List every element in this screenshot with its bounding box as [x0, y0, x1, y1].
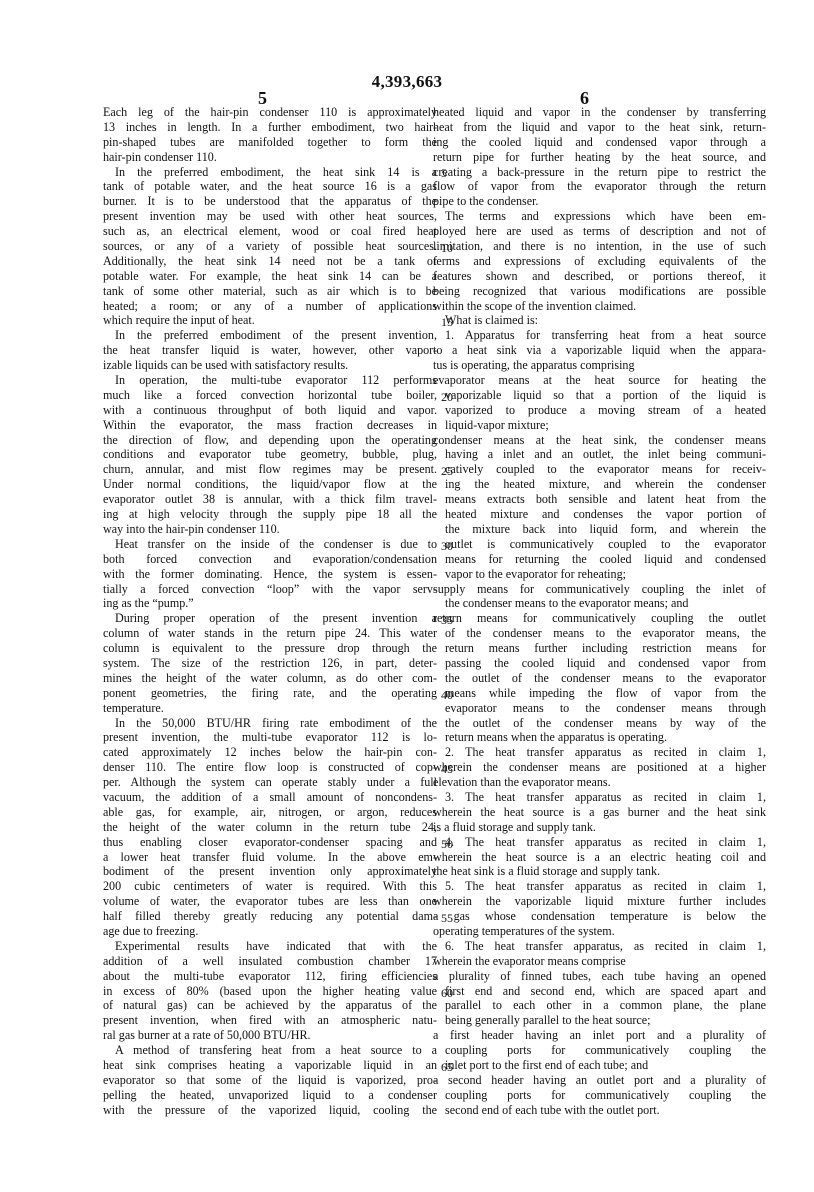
text-line: terms and expressions of excluding equiv…: [433, 254, 766, 269]
text-line: condenser means at the heat sink, the co…: [433, 433, 766, 448]
text-line: ponent geometries, the firing rate, and …: [103, 686, 437, 701]
text-line: ing the cooled liquid and condensed vapo…: [433, 135, 766, 150]
text-line: a lower heat transfer fluid volume. In t…: [103, 850, 437, 865]
right-text-column: heated liquid and vapor in the condenser…: [433, 105, 766, 1118]
text-line: 1. Apparatus for transferring heat from …: [433, 328, 766, 343]
text-line: inlet port to the first end of each tube…: [433, 1058, 766, 1073]
text-line: with the pressure of the vaporized liqui…: [103, 1103, 437, 1118]
text-line: wherein the heat source is a an electric…: [433, 850, 766, 865]
text-line: being generally parallel to the heat sou…: [433, 1013, 766, 1028]
text-line: present invention, when fired with an at…: [103, 1013, 437, 1028]
text-line: such as, an electrical element, wood or …: [103, 224, 437, 239]
text-line: Under normal conditions, the liquid/vapo…: [103, 477, 437, 492]
patent-number: 4,393,663: [0, 72, 814, 92]
text-line: column is equivalent to the pressure dro…: [103, 641, 437, 656]
text-line: tus is operating, the apparatus comprisi…: [433, 358, 766, 373]
text-line: burner. It is to be understood that the …: [103, 194, 437, 209]
text-line: In the 50,000 BTU/HR firing rate embodim…: [103, 716, 437, 731]
text-line: conditions and evaporator tube geometry,…: [103, 447, 437, 462]
text-line: half filled thereby greatly reducing any…: [103, 909, 437, 924]
text-line: with a continuous throughput of both liq…: [103, 403, 437, 418]
text-line: much like a forced convection horizontal…: [103, 388, 437, 403]
text-line: means for returning the cooled liquid an…: [433, 552, 766, 567]
text-line: able gas, for example, air, nitrogen, or…: [103, 805, 437, 820]
text-line: vapor to the evaporator for reheating;: [433, 567, 766, 582]
text-line: means extracts both sensible and latent …: [433, 492, 766, 507]
text-line: heat from the liquid and vapor to the he…: [433, 120, 766, 135]
text-line: vaporizable liquid so that a portion of …: [433, 388, 766, 403]
text-line: heated; a room; or any of a number of ap…: [103, 299, 437, 314]
text-line: Each leg of the hair-pin condenser 110 i…: [103, 105, 437, 120]
text-line: the heat transfer liquid is water, howev…: [103, 343, 437, 358]
text-line: a plurality of finned tubes, each tube h…: [433, 969, 766, 984]
text-line: volume of water, the evaporator tubes ar…: [103, 894, 437, 909]
text-line: means while impeding the flow of vapor f…: [433, 686, 766, 701]
text-line: pipe to the condenser.: [433, 194, 766, 209]
text-line: column of water stands in the return pip…: [103, 626, 437, 641]
text-line: catively coupled to the evaporator means…: [433, 462, 766, 477]
text-line: potable water. For example, the heat sin…: [103, 269, 437, 284]
text-line: wherein the heat source is a gas burner …: [433, 805, 766, 820]
text-line: evaporator means at the heat source for …: [433, 373, 766, 388]
text-line: temperature.: [103, 701, 437, 716]
text-line: in excess of 80% (based upon the higher …: [103, 984, 437, 999]
text-line: supply means for communicatively couplin…: [433, 582, 766, 597]
text-line: wherein the condenser means are position…: [433, 760, 766, 775]
text-line: passing the cooled liquid and condensed …: [433, 656, 766, 671]
text-line: a gas whose condensation temperature is …: [433, 909, 766, 924]
text-line: cated approximately 12 inches below the …: [103, 745, 437, 760]
text-line: being recognized that various modificati…: [433, 284, 766, 299]
text-line: return means for communicatively couplin…: [433, 611, 766, 626]
text-line: creating a back-pressure in the return p…: [433, 165, 766, 180]
text-line: sources, or any of a variety of possible…: [103, 239, 437, 254]
text-line: with the former dominating. Hence, the s…: [103, 567, 437, 582]
text-line: 2. The heat transfer apparatus as recite…: [433, 745, 766, 760]
text-line: the outlet of the condenser means to the…: [433, 671, 766, 686]
text-line: 13 inches in length. In a further embodi…: [103, 120, 437, 135]
text-line: present invention may be used with other…: [103, 209, 437, 224]
text-line: age due to freezing.: [103, 924, 437, 939]
text-line: per. Although the system can operate sta…: [103, 775, 437, 790]
text-line: the heat sink is a fluid storage and sup…: [433, 864, 766, 879]
text-line: Additionally, the heat sink 14 need not …: [103, 254, 437, 269]
text-line: first end and second end, which are spac…: [433, 984, 766, 999]
text-line: operating temperatures of the system.: [433, 924, 766, 939]
text-line: system. The size of the restriction 126,…: [103, 656, 437, 671]
text-line: heated mixture and condenses the vapor p…: [433, 507, 766, 522]
text-line: In the preferred embodiment, the heat si…: [103, 165, 437, 180]
text-line: tank of potable water, and the heat sour…: [103, 179, 437, 194]
text-line: In operation, the multi-tube evaporator …: [103, 373, 437, 388]
text-line: 3. The heat transfer apparatus as recite…: [433, 790, 766, 805]
text-line: second end of each tube with the outlet …: [433, 1103, 766, 1118]
text-line: The terms and expressions which have bee…: [433, 209, 766, 224]
text-line: heat sink comprises heating a vaporizabl…: [103, 1058, 437, 1073]
text-line: within the scope of the invention claime…: [433, 299, 766, 314]
text-line: elevation than the evaporator means.: [433, 775, 766, 790]
left-text-column: Each leg of the hair-pin condenser 110 i…: [103, 105, 437, 1118]
text-line: is a fluid storage and supply tank.: [433, 820, 766, 835]
text-line: the condenser means to the evaporator me…: [433, 596, 766, 611]
text-line: tially a forced convection “loop” with t…: [103, 582, 437, 597]
text-line: wherein the vaporizable liquid mixture f…: [433, 894, 766, 909]
text-line: of the condenser means to the evaporator…: [433, 626, 766, 641]
text-line: outlet is communicatively coupled to the…: [433, 537, 766, 552]
text-line: churn, annular, and mist flow regimes ma…: [103, 462, 437, 477]
text-line: way into the hair-pin condenser 110.: [103, 522, 437, 537]
text-line: ing as the “pump.”: [103, 596, 437, 611]
text-line: evaporator so that some of the liquid is…: [103, 1073, 437, 1088]
text-line: pelling the heated, unvaporized liquid t…: [103, 1088, 437, 1103]
text-line: What is claimed is:: [433, 313, 766, 328]
text-line: features shown and described, or portion…: [433, 269, 766, 284]
text-line: flow of vapor from the evaporator throug…: [433, 179, 766, 194]
text-line: pin-shaped tubes are manifolded together…: [103, 135, 437, 150]
text-line: limitation, and there is no intention, i…: [433, 239, 766, 254]
text-line: liquid-vapor mixture;: [433, 418, 766, 433]
text-line: vacuum, the addition of a small amount o…: [103, 790, 437, 805]
text-line: having a inlet and an outlet, the inlet …: [433, 447, 766, 462]
text-line: present invention, the multi-tube evapor…: [103, 730, 437, 745]
text-line: izable liquids can be used with satisfac…: [103, 358, 437, 373]
text-line: heated liquid and vapor in the condenser…: [433, 105, 766, 120]
text-line: Heat transfer on the inside of the conde…: [103, 537, 437, 552]
text-line: denser 110. The entire flow loop is cons…: [103, 760, 437, 775]
text-line: parallel to each other in a common plane…: [433, 998, 766, 1013]
text-line: vaporized to produce a moving stream of …: [433, 403, 766, 418]
text-line: evaporator outlet 38 is annular, with a …: [103, 492, 437, 507]
text-line: ral gas burner at a rate of 50,000 BTU/H…: [103, 1028, 437, 1043]
text-line: return means when the apparatus is opera…: [433, 730, 766, 745]
text-line: of natural gas) can be achieved by the a…: [103, 998, 437, 1013]
text-line: to a heat sink via a vaporizable liquid …: [433, 343, 766, 358]
text-line: the mixture back into liquid form, and w…: [433, 522, 766, 537]
text-line: hair-pin condenser 110.: [103, 150, 437, 165]
text-line: ing at high velocity through the supply …: [103, 507, 437, 522]
text-line: Within the evaporator, the mass fraction…: [103, 418, 437, 433]
text-line: In the preferred embodiment of the prese…: [103, 328, 437, 343]
text-line: tank of some other material, such as air…: [103, 284, 437, 299]
text-line: about the multi-tube evaporator 112, fir…: [103, 969, 437, 984]
text-line: Experimental results have indicated that…: [103, 939, 437, 954]
text-line: A method of transfering heat from a heat…: [103, 1043, 437, 1058]
text-line: During proper operation of the present i…: [103, 611, 437, 626]
text-line: a second header having an outlet port an…: [433, 1073, 766, 1088]
text-line: 200 cubic centimeters of water is requir…: [103, 879, 437, 894]
text-line: 4. The heat transfer apparatus as recite…: [433, 835, 766, 850]
text-line: coupling ports for communicatively coupl…: [433, 1043, 766, 1058]
text-line: the direction of flow, and depending upo…: [103, 433, 437, 448]
text-line: mines the height of the water column, as…: [103, 671, 437, 686]
text-line: ing the heated mixture, and wherein the …: [433, 477, 766, 492]
text-line: a first header having an inlet port and …: [433, 1028, 766, 1043]
text-line: both forced convection and evaporation/c…: [103, 552, 437, 567]
text-line: the height of the water column in the re…: [103, 820, 437, 835]
text-line: 6. The heat transfer apparatus, as recit…: [433, 939, 766, 954]
text-line: the outlet of the condenser means by way…: [433, 716, 766, 731]
text-line: bodiment of the present invention only a…: [103, 864, 437, 879]
text-line: addition of a well insulated combustion …: [103, 954, 437, 969]
text-line: which require the input of heat.: [103, 313, 437, 328]
text-line: 5. The heat transfer apparatus as recite…: [433, 879, 766, 894]
text-line: wherein the evaporator means comprise: [433, 954, 766, 969]
text-line: thus enabling closer evaporator-condense…: [103, 835, 437, 850]
text-line: evaporator means to the condenser means …: [433, 701, 766, 716]
text-line: ployed here are used as terms of descrip…: [433, 224, 766, 239]
text-line: return means further including restricti…: [433, 641, 766, 656]
text-line: return pipe for further heating by the h…: [433, 150, 766, 165]
text-line: coupling ports for communicatively coupl…: [433, 1088, 766, 1103]
